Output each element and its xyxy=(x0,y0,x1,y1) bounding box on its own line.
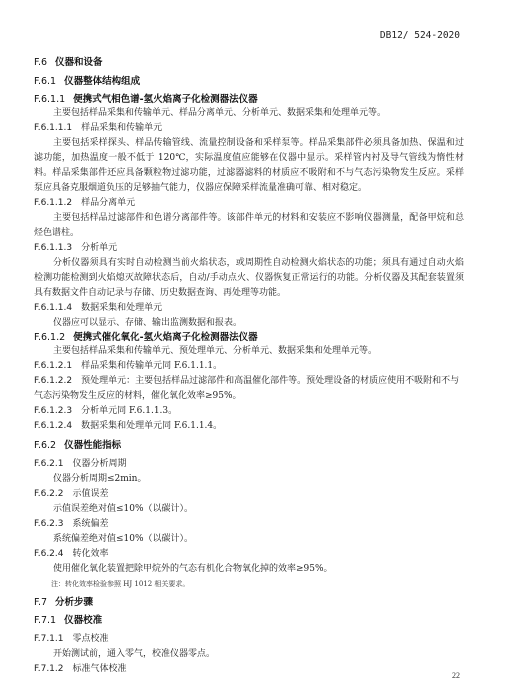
section-number: F.6.2.1 xyxy=(34,459,64,469)
paragraph: 主要包括样品采集和传输单元、样品分离单元、分析单元、数据采集和处理单元等。 xyxy=(34,106,464,121)
section-number: F.6.2 xyxy=(34,440,56,451)
subsection-f6-2-1: F.6.2.1仪器分析周期 xyxy=(34,457,464,472)
section-number: F.6.1.1 xyxy=(34,94,65,105)
section-number: F.7.1.2 xyxy=(34,664,64,674)
section-title: 分析步骤 xyxy=(55,597,93,608)
section-title: 分析单元 xyxy=(81,243,117,253)
subsection-f6-1-1-1: F.6.1.1.1样品采集和传输单元 xyxy=(34,121,464,136)
section-heading-f7: F.7分析步骤 xyxy=(34,596,464,609)
subsection-f6-2-3: F.6.2.3系统偏差 xyxy=(34,517,464,532)
section-number: F.6.2.3 xyxy=(34,519,64,529)
section-title: 数据采集和处理单元 xyxy=(81,303,162,313)
section-number: F.6.1.2.2 xyxy=(34,376,72,386)
section-number: F.6 xyxy=(34,57,47,68)
document-body: F.6仪器和设备 F.6.1仪器整体结构组成 F.6.1.1便携式气相色谱-氢火… xyxy=(34,47,464,677)
note: 注：转化效率检验参照 HJ 1012 相关要求。 xyxy=(34,577,464,591)
section-heading-f6: F.6仪器和设备 xyxy=(34,56,464,69)
subsection-f6-2-2: F.6.2.2示值误差 xyxy=(34,487,464,502)
section-title: 样品采集和传输单元同 F.6.1.1.1。 xyxy=(81,361,222,371)
document-code-header: DB12/ 524-2020 xyxy=(380,30,460,41)
section-title: 数据采集和处理单元同 F.6.1.1.4。 xyxy=(81,421,222,431)
page-number: 22 xyxy=(452,671,460,680)
section-heading-f6-1: F.6.1仪器整体结构组成 xyxy=(34,75,464,88)
paragraph: 示值误差绝对值≤10%（以碳计）。 xyxy=(34,502,464,517)
section-title: 仪器性能指标 xyxy=(64,440,121,451)
paragraph: 系统偏差绝对值≤10%（以碳计）。 xyxy=(34,532,464,547)
subsection-f7-1-1: F.7.1.1零点校准 xyxy=(34,632,464,647)
section-number: F.6.1.1.4 xyxy=(34,303,72,313)
paragraph: 分析仪器须具有实时自动检测当前火焰状态，或周期性自动检测火焰状态的功能；须具有通… xyxy=(34,256,464,301)
subsection-f6-1-2-3: F.6.1.2.3分析单元同 F.6.1.1.3。 xyxy=(34,404,464,419)
section-number: F.7.1.1 xyxy=(34,634,64,644)
section-title: 预处理单元：主要包括样品过滤部件和高温催化部件等。预处理设备的材质应使用不吸附和… xyxy=(34,376,459,401)
section-title: 样品采集和传输单元 xyxy=(81,123,162,133)
subsection-f7-1-2: F.7.1.2标准气体校准 xyxy=(34,662,464,677)
paragraph: 使用催化氧化装置把除甲烷外的气态有机化合物氧化掉的效率≥95%。 xyxy=(34,562,464,577)
section-title: 仪器分析周期 xyxy=(73,459,127,469)
section-number: F.6.1.2.4 xyxy=(34,421,72,431)
subsection-f6-2-4: F.6.2.4转化效率 xyxy=(34,547,464,562)
section-title: 仪器整体结构组成 xyxy=(64,76,140,87)
paragraph: 主要包括样品过滤部件和色谱分离部件等。该部件单元的材料和安装应不影响仪器测量，配… xyxy=(34,211,464,241)
section-heading-f6-1-1: F.6.1.1便携式气相色谱-氢火焰离子化检测器法仪器 xyxy=(34,93,464,106)
section-number: F.6.1.2.3 xyxy=(34,406,72,416)
section-title: 示值误差 xyxy=(73,489,109,499)
section-number: F.6.1.1.1 xyxy=(34,123,72,133)
section-title: 仪器校准 xyxy=(64,615,102,626)
section-title: 便携式催化氧化-氢火焰离子化检测器法仪器 xyxy=(73,332,257,343)
subsection-f6-1-1-4: F.6.1.1.4数据采集和处理单元 xyxy=(34,301,464,316)
section-title: 转化效率 xyxy=(73,549,109,559)
paragraph: 仪器分析周期≤2min。 xyxy=(34,472,464,487)
section-title: 分析单元同 F.6.1.1.3。 xyxy=(81,406,177,416)
subsection-f6-1-2-1: F.6.1.2.1样品采集和传输单元同 F.6.1.1.1。 xyxy=(34,359,464,374)
section-heading-f6-2: F.6.2仪器性能指标 xyxy=(34,439,464,452)
section-title: 标准气体校准 xyxy=(73,664,127,674)
subsection-f6-1-2-2: F.6.1.2.2预处理单元：主要包括样品过滤部件和高温催化部件等。预处理设备的… xyxy=(34,374,464,404)
subsection-f6-1-1-3: F.6.1.1.3分析单元 xyxy=(34,241,464,256)
section-number: F.6.1 xyxy=(34,76,56,87)
section-number: F.7 xyxy=(34,597,47,608)
section-title: 便携式气相色谱-氢火焰离子化检测器法仪器 xyxy=(73,94,257,105)
section-number: F.6.1.2.1 xyxy=(34,361,72,371)
paragraph: 主要包括采样探头、样品传输管线、流量控制设备和采样泵等。样品采集部件必须具备加热… xyxy=(34,136,464,196)
section-heading-f6-1-2: F.6.1.2便携式催化氧化-氢火焰离子化检测器法仪器 xyxy=(34,331,464,344)
section-number: F.6.1.1.2 xyxy=(34,198,72,208)
subsection-f6-1-2-4: F.6.1.2.4数据采集和处理单元同 F.6.1.1.4。 xyxy=(34,419,464,434)
subsection-f6-1-1-2: F.6.1.1.2样品分离单元 xyxy=(34,196,464,211)
paragraph: 主要包括样品采集和传输单元、预处理单元、分析单元、数据采集和处理单元等。 xyxy=(34,344,464,359)
section-title: 零点校准 xyxy=(73,634,109,644)
section-number: F.6.2.2 xyxy=(34,489,64,499)
section-number: F.7.1 xyxy=(34,615,56,626)
section-title: 系统偏差 xyxy=(73,519,109,529)
section-title: 仪器和设备 xyxy=(55,57,103,68)
section-title: 样品分离单元 xyxy=(81,198,135,208)
section-heading-f7-1: F.7.1仪器校准 xyxy=(34,614,464,627)
section-number: F.6.1.2 xyxy=(34,332,65,343)
section-number: F.6.2.4 xyxy=(34,549,64,559)
paragraph: 仪器应可以显示、存储、输出监测数据和报表。 xyxy=(34,316,464,331)
section-number: F.6.1.1.3 xyxy=(34,243,72,253)
paragraph: 开始测试前，通入零气，校准仪器零点。 xyxy=(34,647,464,662)
